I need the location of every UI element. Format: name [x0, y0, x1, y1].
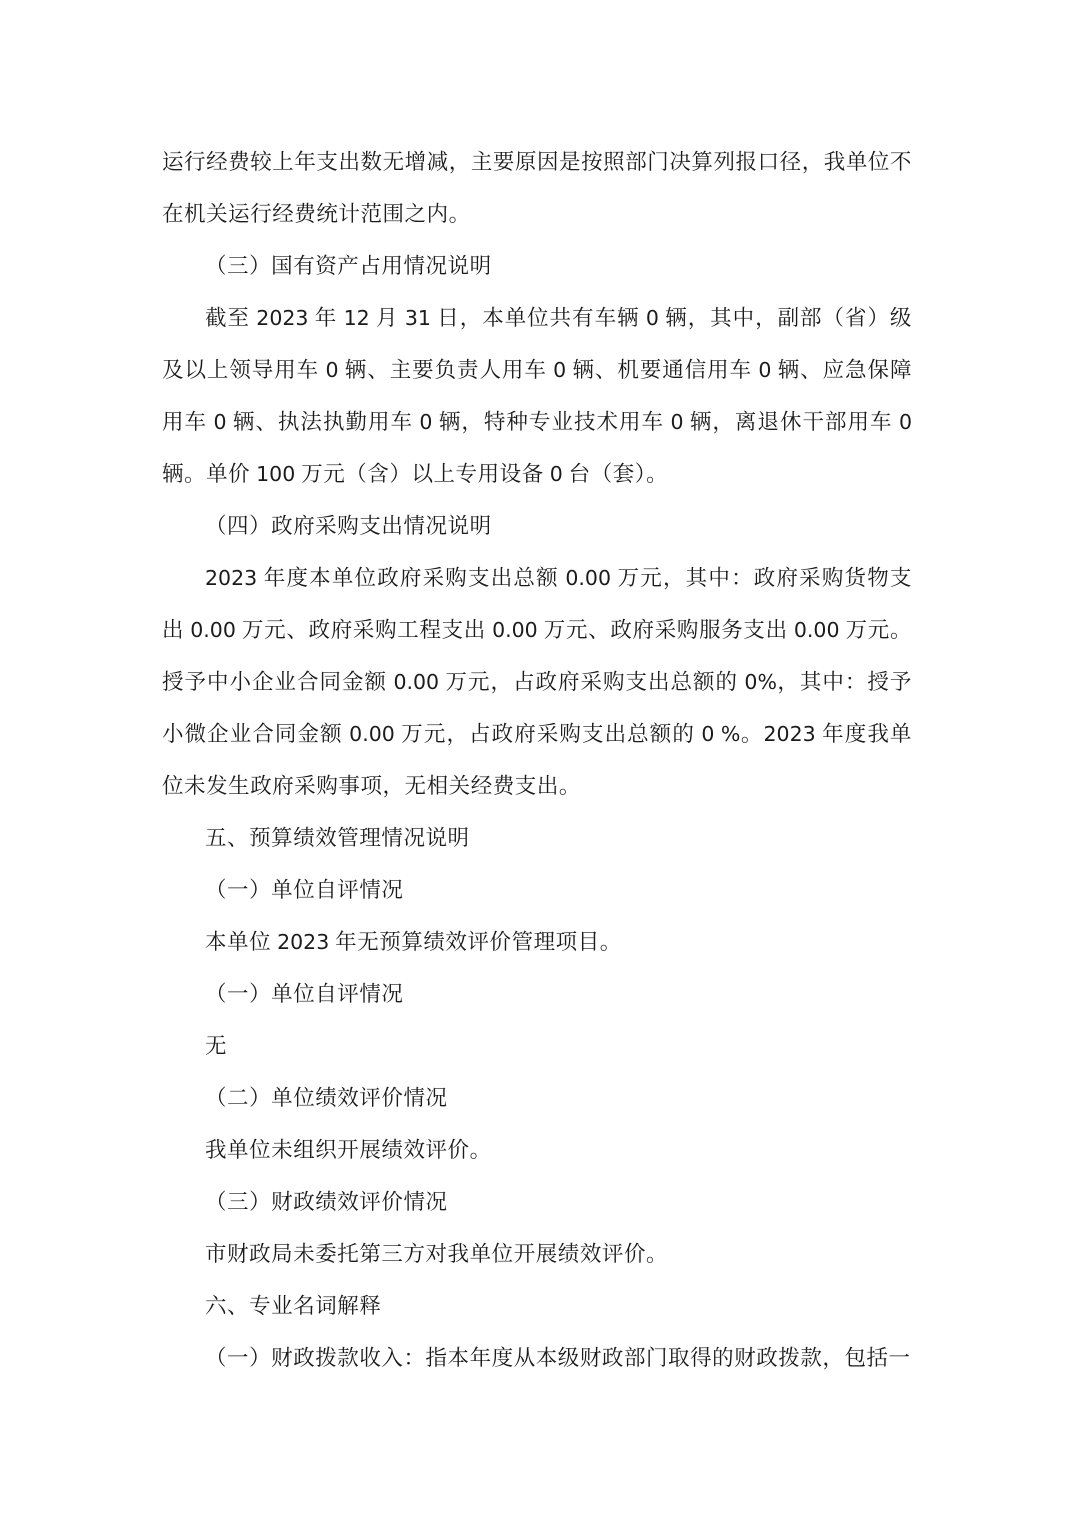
numeral: 0.00 [190, 618, 236, 642]
numeral: 2023 [277, 930, 329, 954]
numeral: 0.00 [794, 618, 840, 642]
numeral: 31 [405, 306, 431, 330]
numeral: 0 [550, 462, 563, 486]
numeral: 0 [899, 410, 912, 434]
paragraph: 运行经费较上年支出数无增减，主要原因是按照部门决算列报口径，我单位不在机关运行经… [162, 136, 912, 240]
numeral: 0 [758, 358, 771, 382]
numeral: 0.00 [565, 566, 611, 590]
numeral: 2023 [764, 722, 816, 746]
paragraph: 五、预算绩效管理情况说明 [162, 812, 912, 864]
numeral: 0 [744, 670, 757, 694]
numeral: 0 [646, 306, 659, 330]
numeral: 0.00 [349, 722, 395, 746]
paragraph: 本单位 2023 年无预算绩效评价管理项目。 [162, 916, 912, 968]
paragraph: 无 [162, 1020, 912, 1072]
paragraph: 2023 年度本单位政府采购支出总额 0.00 万元，其中：政府采购货物支出 0… [162, 552, 912, 812]
numeral: 100 [256, 462, 295, 486]
numeral: 0 [553, 358, 566, 382]
paragraph: （二）单位绩效评价情况 [162, 1072, 912, 1124]
numeral: 0.00 [393, 670, 439, 694]
numeral: 0 [325, 358, 338, 382]
paragraph: （四）政府采购支出情况说明 [162, 500, 912, 552]
paragraph: 市财政局未委托第三方对我单位开展绩效评价。 [162, 1228, 912, 1280]
numeral: 0.00 [492, 618, 538, 642]
numeral: 2023 [205, 566, 257, 590]
paragraph: 六、专业名词解释 [162, 1280, 912, 1332]
paragraph: （一）财政拨款收入：指本年度从本级财政部门取得的财政拨款，包括一 [162, 1332, 912, 1384]
paragraph: 我单位未组织开展绩效评价。 [162, 1124, 912, 1176]
paragraph: （三）国有资产占用情况说明 [162, 240, 912, 292]
numeral: 12 [344, 306, 370, 330]
paragraph: 截至 2023 年 12 月 31 日，本单位共有车辆 0 辆，其中，副部（省）… [162, 292, 912, 500]
numeral: % [721, 722, 740, 746]
document-body: 运行经费较上年支出数无增减，主要原因是按照部门决算列报口径，我单位不在机关运行经… [162, 136, 912, 1384]
paragraph: （一）单位自评情况 [162, 968, 912, 1020]
numeral: 0 [419, 410, 432, 434]
paragraph: （一）单位自评情况 [162, 864, 912, 916]
numeral: 2023 [256, 306, 308, 330]
paragraph: （三）财政绩效评价情况 [162, 1176, 912, 1228]
numeral: 0 [213, 410, 226, 434]
numeral: % [757, 670, 776, 694]
document-page: { "page": { "background": "#ffffff", "te… [0, 0, 1074, 1520]
numeral: 0 [701, 722, 714, 746]
numeral: 0 [670, 410, 683, 434]
